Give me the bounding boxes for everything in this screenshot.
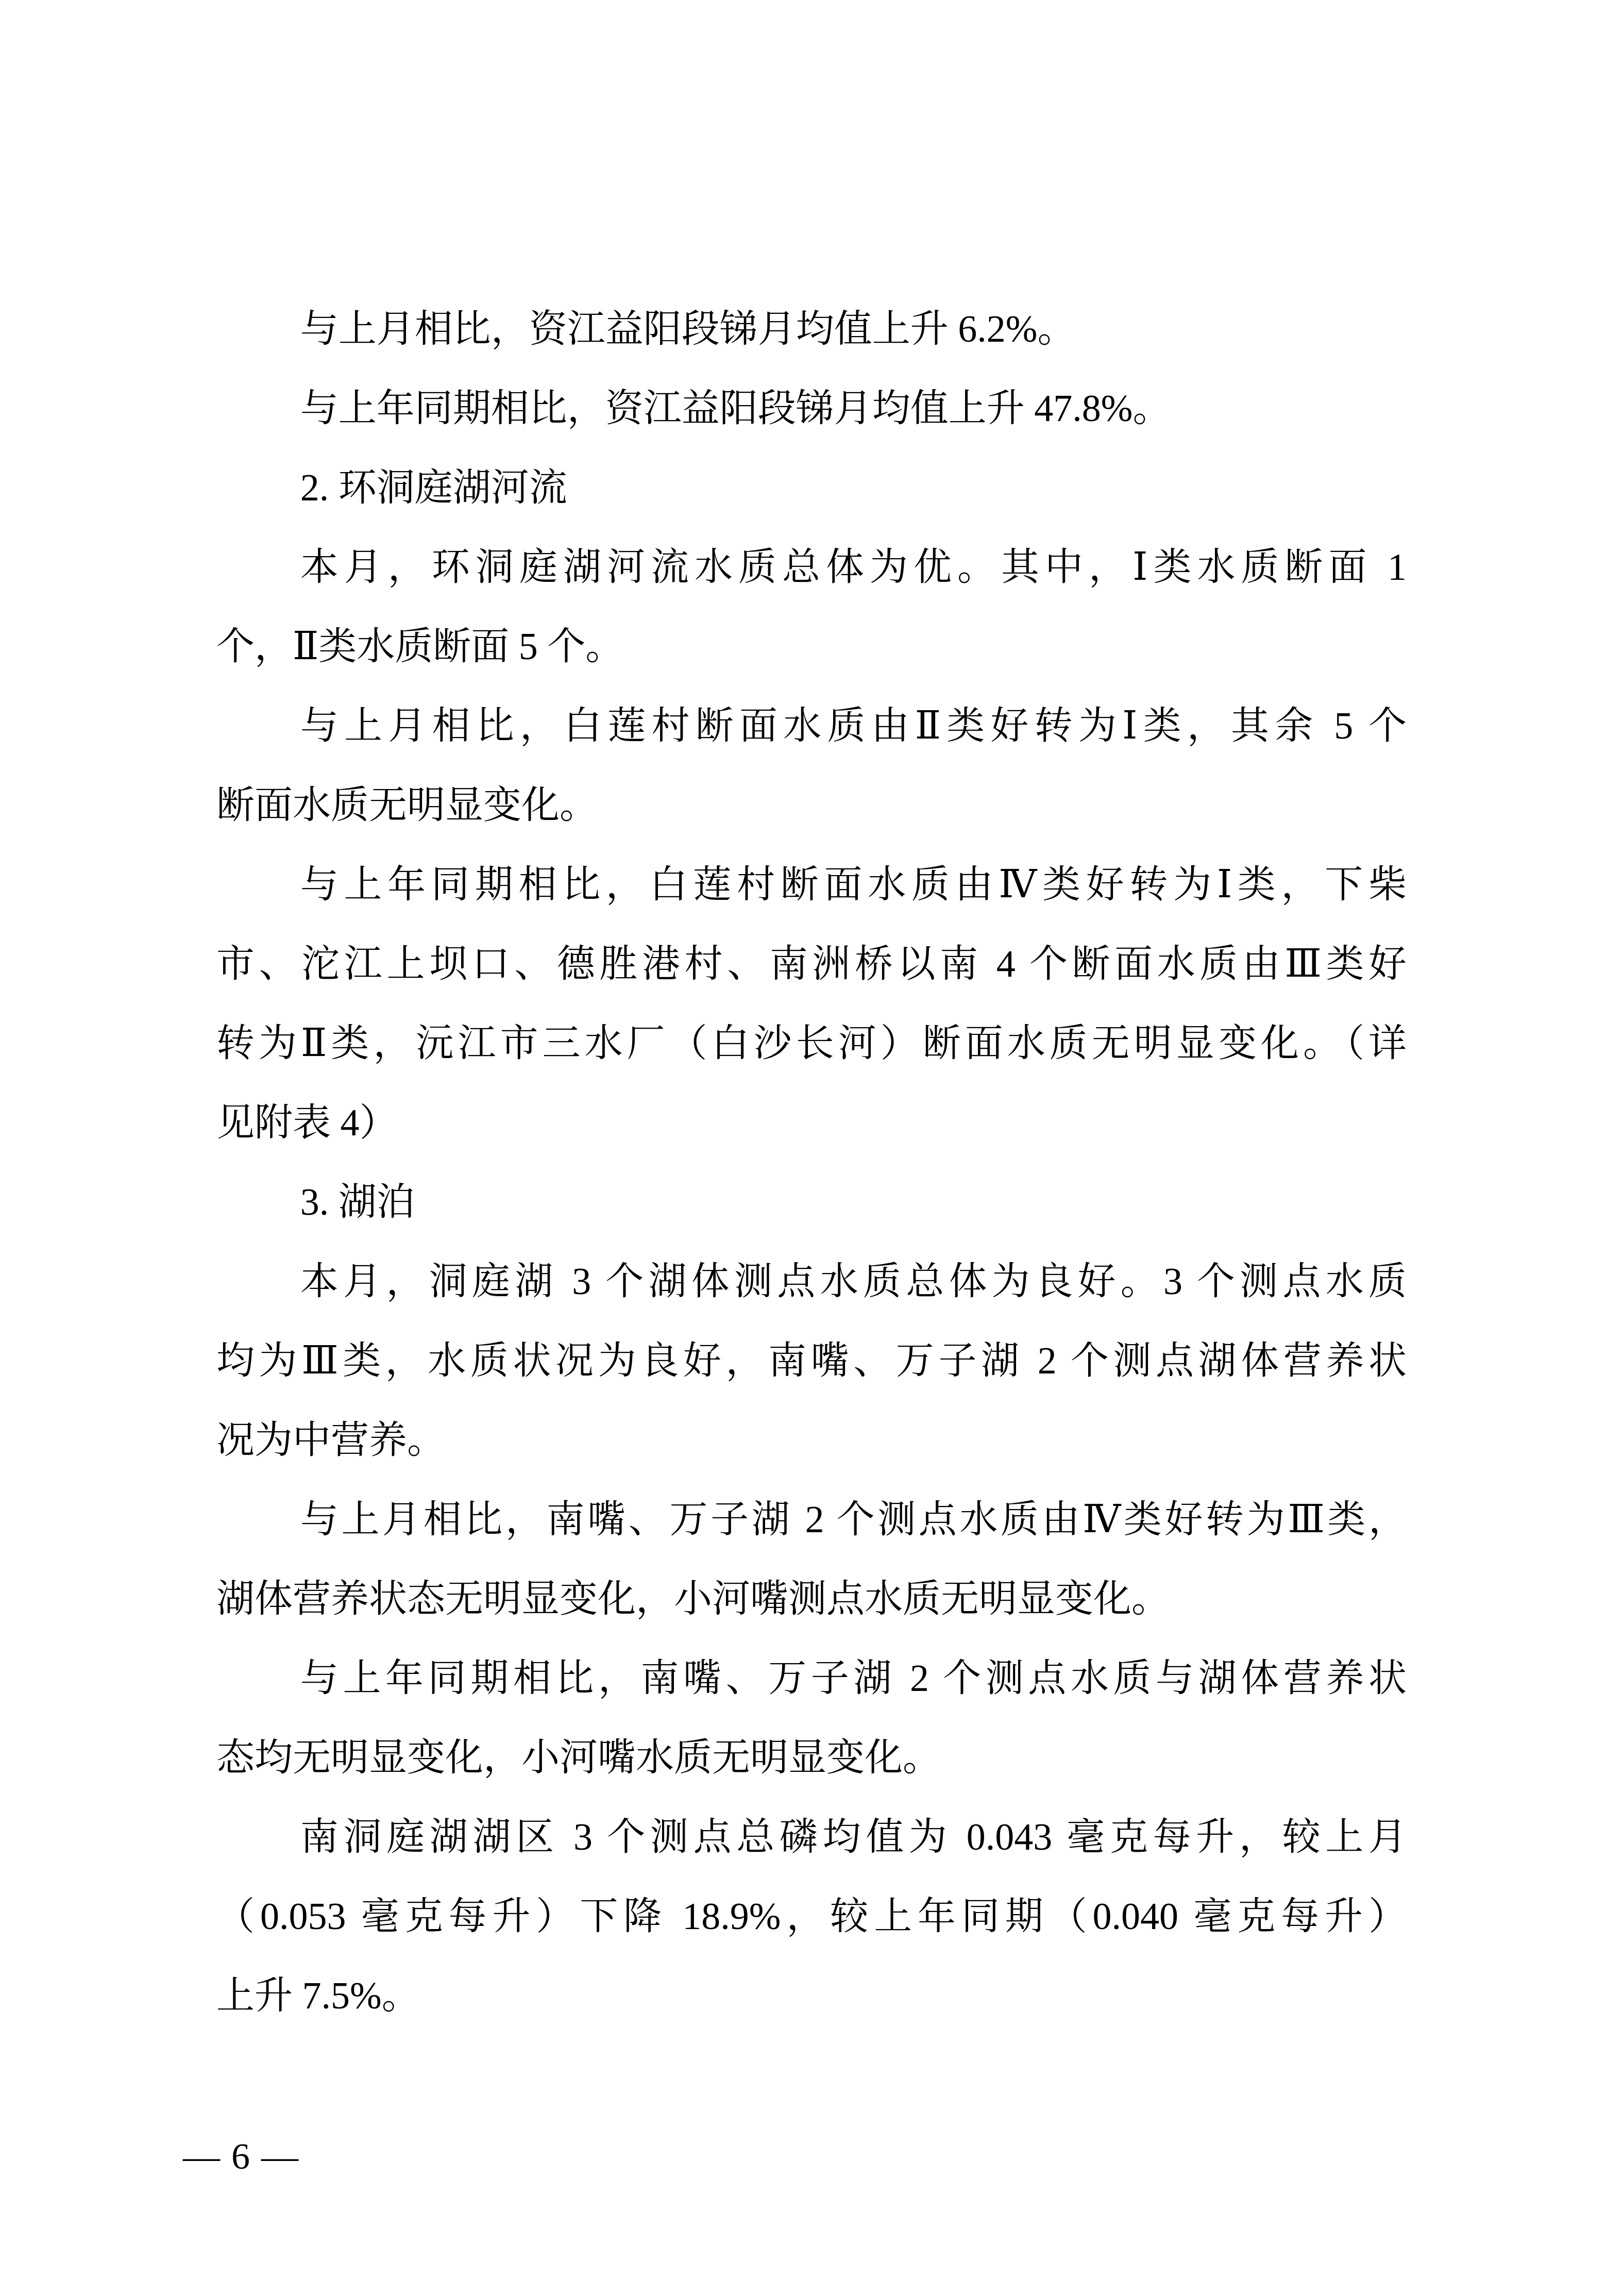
text-line: 本月，洞庭湖 3 个湖体测点水质总体为良好。3 个测点水质: [216, 1242, 1407, 1321]
text-line: 南洞庭湖湖区 3 个测点总磷均值为 0.043 毫克每升，较上月: [216, 1798, 1407, 1877]
document-body: 与上月相比，资江益阳段锑月均值上升 6.2%。 与上年同期相比，资江益阳段锑月均…: [216, 290, 1407, 2036]
text-line: 均为Ⅲ类，水质状况为良好，南嘴、万子湖 2 个测点湖体营养状: [216, 1321, 1407, 1401]
section-heading: 3. 湖泊: [216, 1163, 1407, 1242]
text-line: 个，Ⅱ类水质断面 5 个。: [216, 607, 1407, 686]
text-line: 与上年同期相比，白莲村断面水质由Ⅳ类好转为Ⅰ类，下柴: [216, 845, 1407, 925]
text-line: 与上月相比，资江益阳段锑月均值上升 6.2%。: [216, 290, 1407, 369]
text-line: 上升 7.5%。: [216, 1956, 1407, 2036]
text-line: 况为中营养。: [216, 1401, 1407, 1480]
text-line: 与上年同期相比，南嘴、万子湖 2 个测点水质与湖体营养状: [216, 1639, 1407, 1718]
text-line: 湖体营养状态无明显变化，小河嘴测点水质无明显变化。: [216, 1560, 1407, 1639]
text-line: 与上年同期相比，资江益阳段锑月均值上升 47.8%。: [216, 369, 1407, 448]
text-line: 与上月相比，南嘴、万子湖 2 个测点水质由Ⅳ类好转为Ⅲ类，: [216, 1480, 1407, 1560]
section-heading: 2. 环洞庭湖河流: [216, 448, 1407, 528]
text-line: 本月，环洞庭湖河流水质总体为优。其中，Ⅰ类水质断面 1: [216, 528, 1407, 607]
text-line: 市、沱江上坝口、德胜港村、南洲桥以南 4 个断面水质由Ⅲ类好: [216, 925, 1407, 1004]
text-line: 转为Ⅱ类，沅江市三水厂（白沙长河）断面水质无明显变化。（详: [216, 1004, 1407, 1083]
text-line: （0.053 毫克每升）下降 18.9%，较上年同期（0.040 毫克每升）: [216, 1877, 1407, 1956]
document-page: 与上月相比，资江益阳段锑月均值上升 6.2%。 与上年同期相比，资江益阳段锑月均…: [0, 0, 1623, 2296]
text-line: 态均无明显变化，小河嘴水质无明显变化。: [216, 1718, 1407, 1798]
footer-page-number: — 6 —: [183, 2138, 299, 2175]
text-line: 断面水质无明显变化。: [216, 766, 1407, 845]
text-line: 与上月相比，白莲村断面水质由Ⅱ类好转为Ⅰ类，其余 5 个: [216, 686, 1407, 766]
text-line: 见附表 4）: [216, 1083, 1407, 1163]
